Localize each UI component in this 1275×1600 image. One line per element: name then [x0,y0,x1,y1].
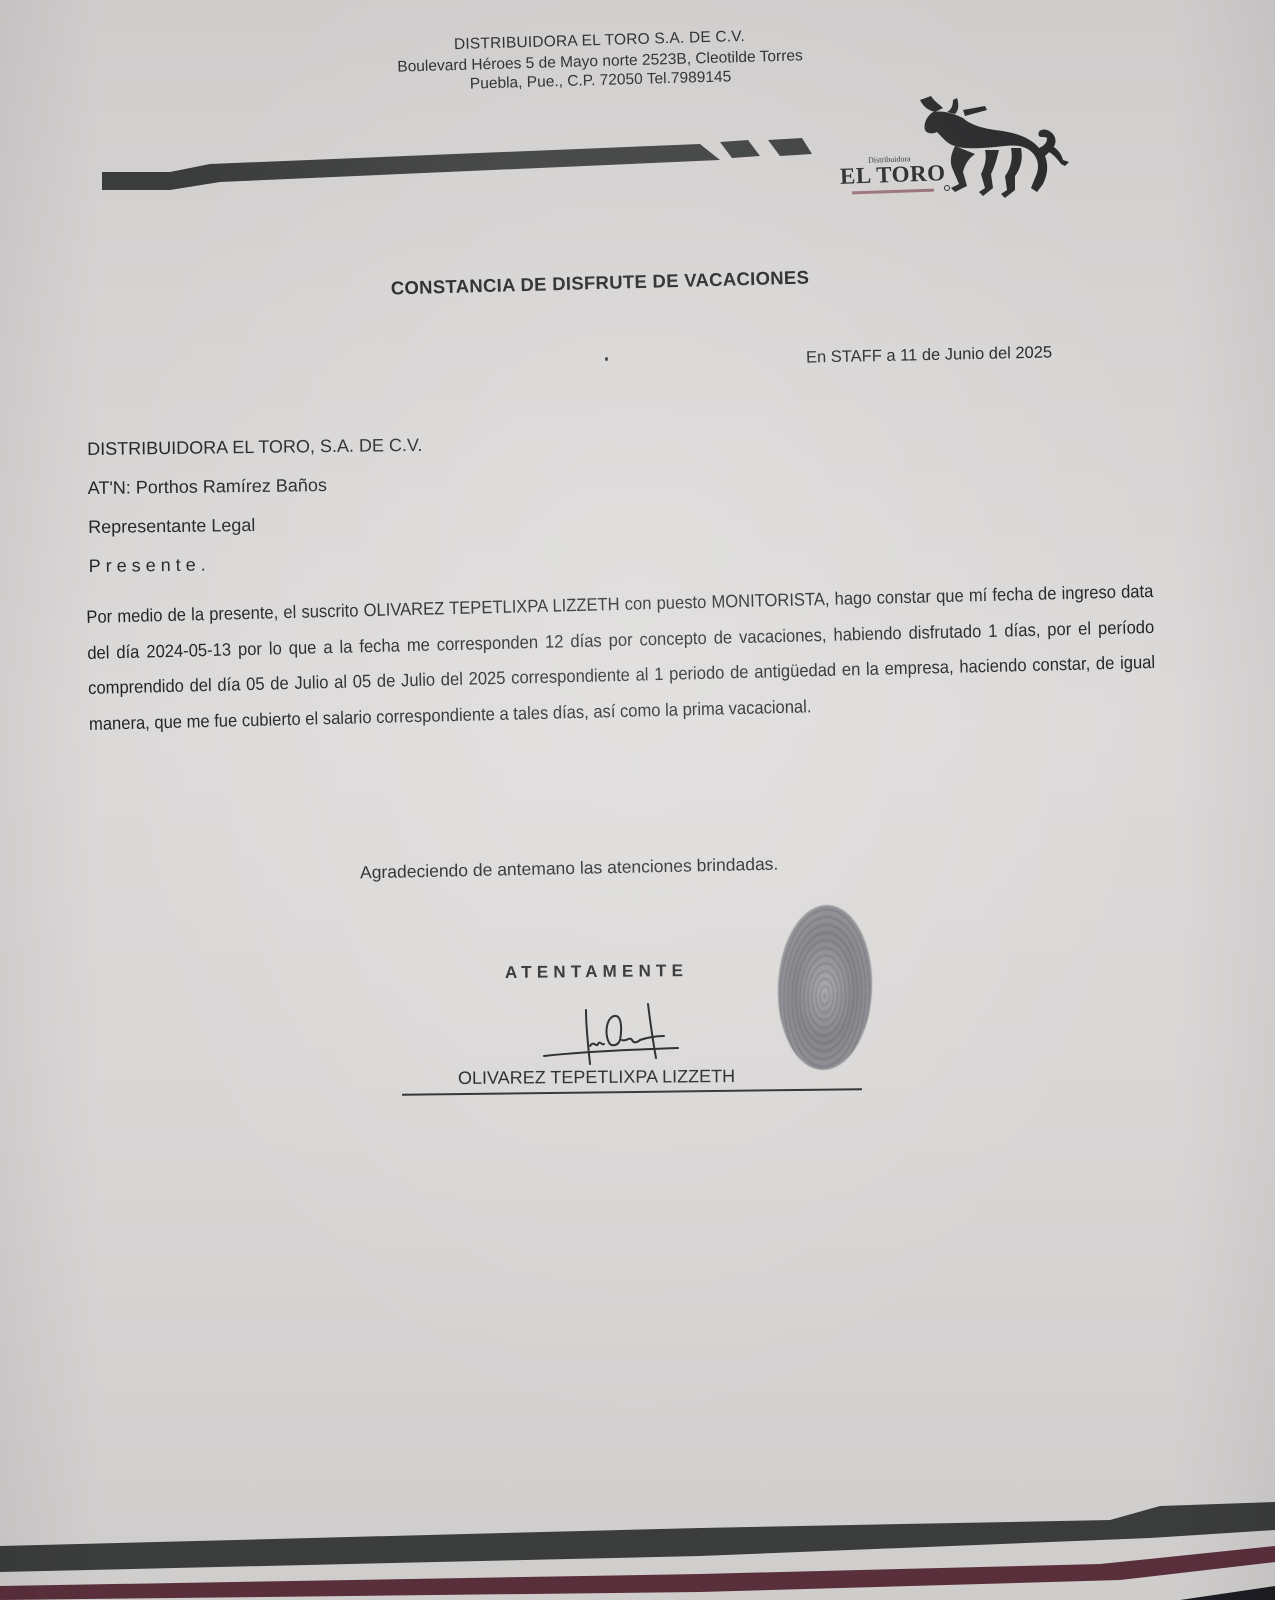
header-decorative-bar [100,120,840,200]
document-date: En STAFF a 11 de Junio del 2025 [806,343,1052,367]
closing-thanks: Agradeciendo de antemano las atenciones … [360,854,779,884]
lighting-overlay [0,0,1275,1600]
document-page: DISTRIBUIDORA EL TORO S.A. DE C.V. Boule… [0,0,1275,1600]
logo-brand: EL TORO [840,160,946,190]
signer-name: OLIVAREZ TEPETLIXPA LIZZETH [458,1066,735,1089]
fingerprint-ridges [775,903,875,1071]
paper-speck [605,357,608,361]
recipient-block: DISTRIBUIDORA EL TORO, S.A. DE C.V. AT'N… [87,426,424,586]
document-title: CONSTANCIA DE DISFRUTE DE VACACIONES [345,265,855,300]
body-paragraph-block: Por medio de la presente, el suscrito OL… [86,574,1157,742]
recipient-greeting: Presente. [88,543,424,586]
valediction: ATENTAMENTE [505,961,688,983]
recipient-company: DISTRIBUIDORA EL TORO, S.A. DE C.V. [87,426,423,469]
body-paragraph: Por medio de la presente, el suscrito OL… [86,574,1156,742]
letterhead: DISTRIBUIDORA EL TORO S.A. DE C.V. Boule… [329,22,870,97]
footer-decorative-bars [0,1440,1275,1600]
handwritten-signature [540,1000,700,1070]
recipient-role: Representante Legal [88,504,424,547]
recipient-attention: AT'N: Porthos Ramírez Baños [87,465,423,508]
signature-line [402,1088,862,1096]
